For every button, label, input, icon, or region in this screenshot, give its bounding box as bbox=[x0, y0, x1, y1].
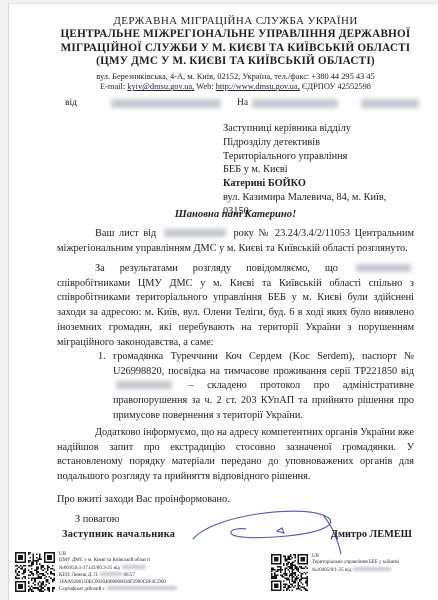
stamp-number: №10405/0/1-25 від bbox=[312, 567, 399, 574]
stamp-left: UB ЦМУ ДМС у м. Києві та Київській облас… bbox=[15, 552, 245, 593]
stamp-kep: КЕП: Лемеш Д. Л. 06:57 bbox=[59, 572, 177, 579]
signer-position: Заступник начальника bbox=[62, 529, 175, 540]
org-unit-line1: ЦЕНТРАЛЬНЕ МІЖРЕГІОНАЛЬНЕ УПРАВЛІННЯ ДЕР… bbox=[57, 28, 414, 42]
to-label: На bbox=[237, 98, 248, 108]
web-link[interactable]: http://www.dmsu.gov.ua, bbox=[216, 82, 300, 91]
redaction bbox=[122, 565, 146, 569]
redaction bbox=[356, 264, 411, 272]
list-item-text-pre: громадянка Туреччини Коч Сердем (Koc Ser… bbox=[113, 351, 414, 377]
addressee-line: Територіального управління bbox=[223, 150, 414, 164]
paragraph-1-text-pre: Ваш лист від bbox=[95, 228, 156, 239]
list-item-number: 1. bbox=[98, 350, 106, 365]
letterhead: ДЕРЖАВНА МІГРАЦІЙНА СЛУЖБА УКРАЇНИ ЦЕНТР… bbox=[57, 15, 414, 93]
addressee-line: БЕБ у м. Києві bbox=[223, 163, 414, 177]
document-screenshot: { "header": { "org_line1": "ДЕРЖАВНА МІГ… bbox=[0, 0, 438, 600]
redaction bbox=[107, 586, 177, 590]
from-label: від bbox=[65, 98, 77, 108]
qr-code bbox=[15, 552, 55, 592]
edrpou-code: ЄДРПОУ 42552598 bbox=[302, 82, 371, 91]
org-unit-line2: МІГРАЦІЙНОЇ СЛУЖБИ У М. КИЄВІ ТА КИЇВСЬК… bbox=[57, 42, 414, 56]
list-item-1: 1. громадянка Туреччини Коч Сердем (Koc … bbox=[113, 350, 414, 424]
paragraph-2-text-post: співробітниками ЦМУ ДМС у м. Києві та Ки… bbox=[57, 278, 414, 348]
org-abbrev: (ЦМУ ДМС У М. КИЄВІ ТА КИЇВСЬКІЙ ОБЛАСТІ… bbox=[57, 55, 414, 69]
addressee-line: Заступниці керівника відділу bbox=[223, 122, 414, 136]
paragraph-3: Додатково інформуємо, що на адресу компе… bbox=[57, 426, 414, 485]
stamp-org: Територіальне управління БЕБ у м.Києві bbox=[312, 560, 399, 566]
redaction bbox=[252, 99, 338, 108]
addressee-block: Заступниці керівника відділу Підрозділу … bbox=[223, 122, 414, 219]
reference-row: від На bbox=[9, 98, 438, 112]
email-label: E-mail: bbox=[100, 82, 125, 91]
addressee-line: Підрозділу детективів bbox=[223, 136, 414, 150]
redaction bbox=[100, 572, 122, 576]
qr-code bbox=[271, 554, 308, 591]
postal-address: вул. Березняківська, 4-А, м. Київ, 02152… bbox=[57, 72, 414, 83]
web-label: Web: bbox=[196, 82, 213, 91]
redaction bbox=[164, 229, 226, 237]
stamp-left-text: UB ЦМУ ДМС у м. Києві та Київській облас… bbox=[59, 552, 177, 593]
salutation: Шановна пані Катерино! bbox=[57, 209, 414, 220]
paragraph-2: За результатами розгляду повідомляємо, щ… bbox=[57, 262, 414, 350]
org-name: ДЕРЖАВНА МІГРАЦІЙНА СЛУЖБА УКРАЇНИ bbox=[57, 15, 414, 28]
letter-page: ДЕРЖАВНА МІГРАЦІЙНА СЛУЖБА УКРАЇНИ ЦЕНТР… bbox=[8, 3, 438, 600]
stamp-cert: Сертифікат дійсний з bbox=[59, 586, 177, 593]
contact-line: E-mail: kyiv@dmsu.gov.ua, Web: http://ww… bbox=[57, 82, 414, 93]
paragraph-2-text-pre: За результатами розгляду повідомляємо, щ… bbox=[95, 263, 338, 274]
regards-text: З повагою bbox=[75, 514, 120, 525]
stamp-number: №6010.8.1-37143/80.3-25 від bbox=[59, 565, 177, 572]
redaction bbox=[361, 99, 419, 108]
redaction bbox=[353, 567, 391, 571]
stamp-right: UB Територіальне управління БЕБ у м.Києв… bbox=[271, 554, 438, 591]
list-block: 1. громадянка Туреччини Коч Сердем (Koc … bbox=[57, 350, 414, 424]
paragraph-1: Ваш лист від року № 23.24/3.4/2/11053 Це… bbox=[57, 227, 414, 256]
email-link[interactable]: kyiv@dmsu.gov.ua, bbox=[127, 82, 194, 91]
stamp-right-text: UB Територіальне управління БЕБ у м.Києв… bbox=[312, 554, 399, 591]
redaction bbox=[116, 381, 172, 389]
addressee-name: Катерині БОЙКО bbox=[223, 177, 414, 191]
redaction bbox=[111, 99, 221, 108]
signer-name: Дмитро ЛЕМЕШ bbox=[331, 529, 412, 540]
